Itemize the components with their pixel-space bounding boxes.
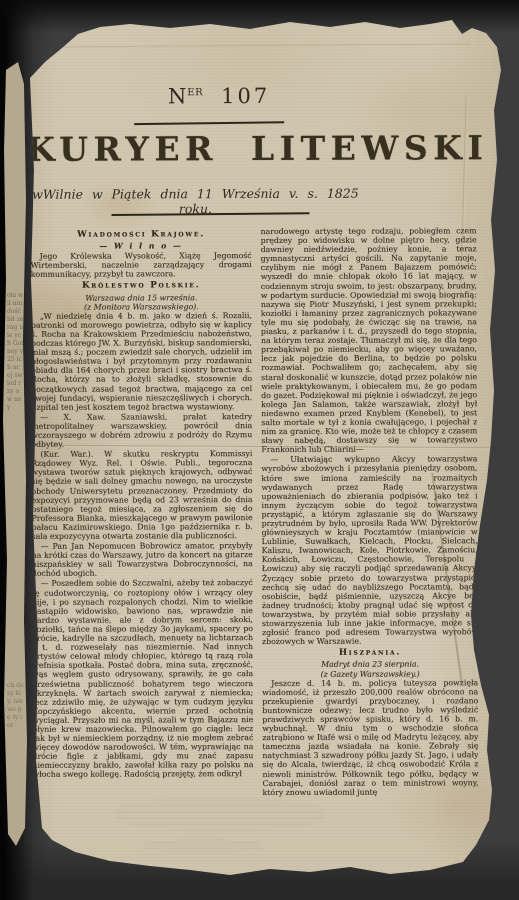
newspaper-sheet: Ner107 KURYER LITEWSKI wWilnie w Piątek … [0, 0, 519, 900]
right-text-column: narodowego artystę tego rodzaju, pobiegł… [261, 226, 479, 807]
spine-text-fragments: ola wil niu dość bił ze rag nie ych Got … [7, 292, 24, 560]
paragraph: „W niedzielę dnia 4 b. m. jako w dzień ś… [31, 311, 252, 412]
scanned-newspaper-page: ola wil niu dość bił ze rag nie ych Got … [0, 0, 519, 900]
issue-number-line: Ner107 [149, 84, 289, 108]
newspaper-title: KURYER LITEWSKI [17, 128, 497, 169]
masthead-rule-top [134, 121, 284, 125]
issue-superscript: er [187, 87, 203, 98]
left-text-column: Wiadomości Krajowe. — W i l n o — Jego K… [31, 227, 254, 808]
paragraph: — X. Xaw. Szaniawski, prałat katedry met… [31, 412, 252, 449]
section-heading: Hiszpania. [262, 649, 478, 659]
issue-number: 107 [221, 84, 270, 108]
spine-text-fragments-lower: ch do sy ki y, nie wo gę ty ier [7, 682, 24, 786]
issue-letter: N [168, 84, 187, 108]
section-heading: Królestwo Polskie. [31, 281, 252, 291]
masthead-dateline: wWilnie w Piątek dnia 11 Września v. s. … [13, 186, 377, 217]
paragraph: — Ułatwiając wykupno Akcyy towarzystwa w… [261, 455, 478, 647]
printed-content: Ner107 KURYER LITEWSKI wWilnie w Piątek … [0, 0, 519, 900]
section-heading: Wiadomości Krajowe. [31, 230, 252, 240]
paragraph-continued: narodowego artystę tego rodzaju, pobiegł… [261, 226, 478, 454]
paragraph: (Kur. War.). W skutku reskryptu Kommissy… [31, 449, 252, 541]
paragraph: Jego Królewska Wysokość, Xiążę Jegomość … [31, 251, 252, 279]
paragraph: — Poszedłem sobie do Szczwalni, ażeby te… [32, 578, 254, 779]
paragraph: Jeszcze d. 14 b. m. policya tuteysza pow… [262, 678, 478, 797]
paragraph: — Pan Jan Nepomucen Bobrowicz amator, pr… [32, 541, 253, 578]
place-heading: — W i l n o — [31, 241, 252, 251]
